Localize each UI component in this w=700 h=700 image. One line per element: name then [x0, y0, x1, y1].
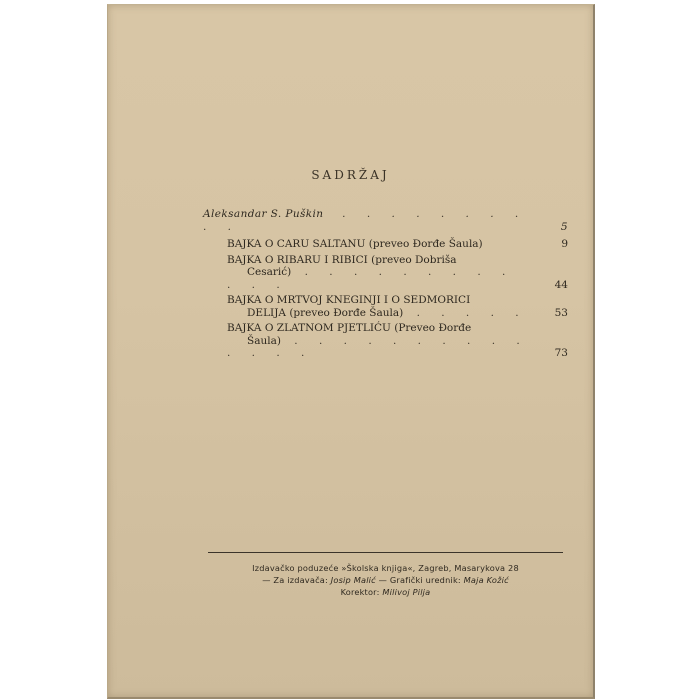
- toc-entry: BAJKA O ZLATNOM PJETLIĆU (Preveo Đorđe Š…: [203, 322, 568, 360]
- graphic-editor: Maja Kožić: [464, 575, 509, 585]
- entry-title-continued: Šaula): [227, 335, 281, 347]
- toc-entry: BAJKA O CARU SALTANU (preveo Đorđe Šaula…: [203, 238, 568, 251]
- imprint-line-editors: — Za izdavača: Josip Malić — Grafički ur…: [208, 574, 563, 586]
- page-number: 53: [540, 307, 568, 320]
- page-number: 5: [540, 221, 568, 234]
- leader-dots: . . . . .: [417, 307, 528, 319]
- toc-entry: BAJKA O MRTVOJ KNEGINJI I O SEDMORICI DE…: [203, 294, 568, 319]
- imprint-divider: [208, 552, 563, 553]
- publisher-imprint: Izdavačko poduzeće »Školska knjiga«, Zag…: [208, 562, 563, 598]
- entry-title: BAJKA O ZLATNOM PJETLIĆU (Preveo Đorđe: [227, 322, 471, 334]
- table-of-contents: Aleksandar S. Puškin . . . . . . . . . .…: [203, 208, 568, 363]
- contents-heading: SADRŽAJ: [108, 168, 593, 182]
- page-number: 73: [540, 347, 568, 360]
- toc-entry: BAJKA O RIBARU I RIBICI (preveo Dobriša …: [203, 254, 568, 292]
- publisher-representative: Josip Malić: [331, 575, 376, 585]
- book-page: SADRŽAJ Aleksandar S. Puškin . . . . . .…: [107, 4, 595, 699]
- entry-title: BAJKA O CARU SALTANU (preveo Đorđe Šaula…: [227, 238, 483, 250]
- page-number: 44: [540, 279, 568, 292]
- proofreader: Milivoj Pilja: [382, 587, 430, 597]
- toc-author-row: Aleksandar S. Puškin . . . . . . . . . .…: [203, 208, 568, 233]
- entry-title: BAJKA O MRTVOJ KNEGINJI I O SEDMORICI: [227, 294, 470, 306]
- page-number: 9: [540, 238, 568, 251]
- entry-title: BAJKA O RIBARU I RIBICI (preveo Dobriša: [227, 254, 457, 266]
- imprint-line-publisher: Izdavačko poduzeće »Školska knjiga«, Zag…: [208, 562, 563, 574]
- entry-title-continued: Cesarić): [227, 266, 291, 278]
- imprint-line-proofreader: Korektor: Milivoj Pilja: [208, 586, 563, 598]
- author-name: Aleksandar S. Puškin: [203, 208, 323, 220]
- entry-title-continued: DELIJA (preveo Đorđe Šaula): [227, 307, 403, 319]
